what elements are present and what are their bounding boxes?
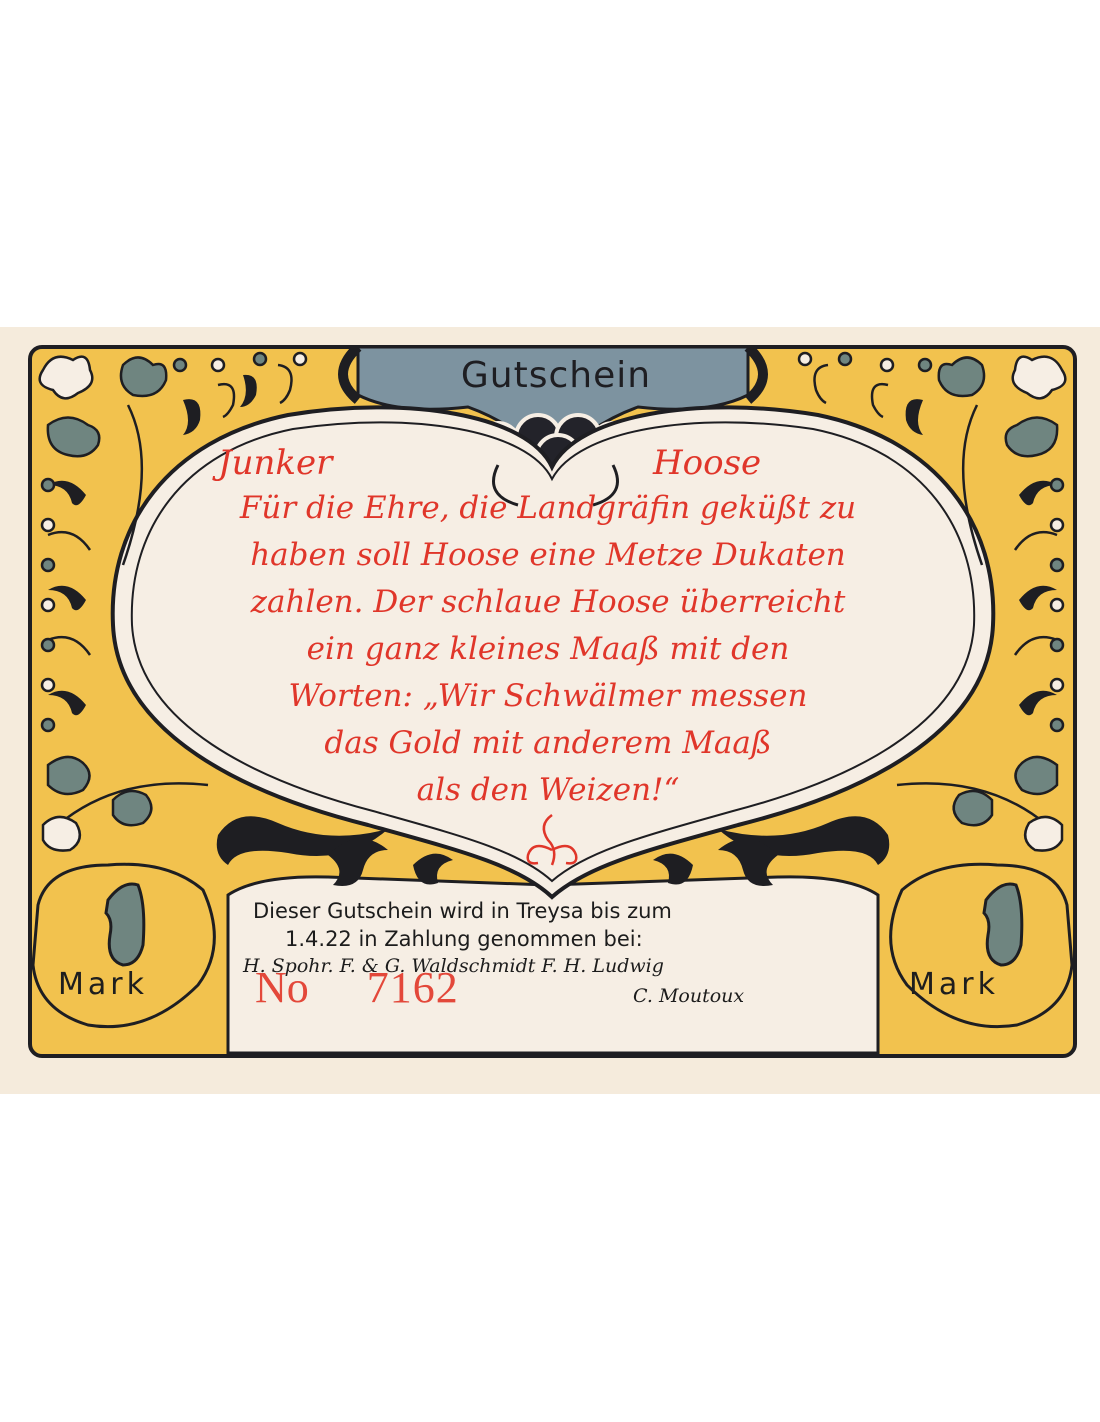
story-line: ein ganz kleines Maaß mit den	[128, 626, 968, 673]
signers-line-2: C. Moutoux	[243, 981, 883, 1011]
redemption-line-1: Dieser Gutschein wird in Treysa bis zum	[253, 897, 873, 925]
denomination-unit-left: Mark	[33, 967, 173, 1002]
story-line: Worten: „Wir Schwälmer messen	[128, 673, 968, 720]
signers: H. Spohr. F. & G. Waldschmidt F. H. Ludw…	[243, 951, 883, 1011]
banknote: Gutschein Junker Hoose Für die Ehre, die…	[28, 345, 1077, 1058]
story-line: das Gold mit anderem Maaß	[128, 720, 968, 767]
story-line: zahlen. Der schlaue Hoose überreicht	[128, 579, 968, 626]
story-text: Für die Ehre, die Landgräfin geküßt zu h…	[128, 485, 968, 814]
banner-title: Gutschein	[396, 351, 716, 401]
heading-hoose: Hoose	[653, 443, 761, 483]
story-line: als den Weizen!“	[128, 767, 968, 814]
redemption-text: Dieser Gutschein wird in Treysa bis zum …	[253, 897, 873, 953]
story-line: haben soll Hoose eine Metze Dukaten	[128, 532, 968, 579]
signers-line-1: H. Spohr. F. & G. Waldschmidt F. H. Ludw…	[243, 951, 883, 981]
heading-junker: Junker	[218, 443, 332, 483]
denomination-unit-right: Mark	[884, 967, 1024, 1002]
story-line: Für die Ehre, die Landgräfin geküßt zu	[128, 485, 968, 532]
redemption-line-2: 1.4.22 in Zahlung genommen bei:	[253, 925, 873, 953]
